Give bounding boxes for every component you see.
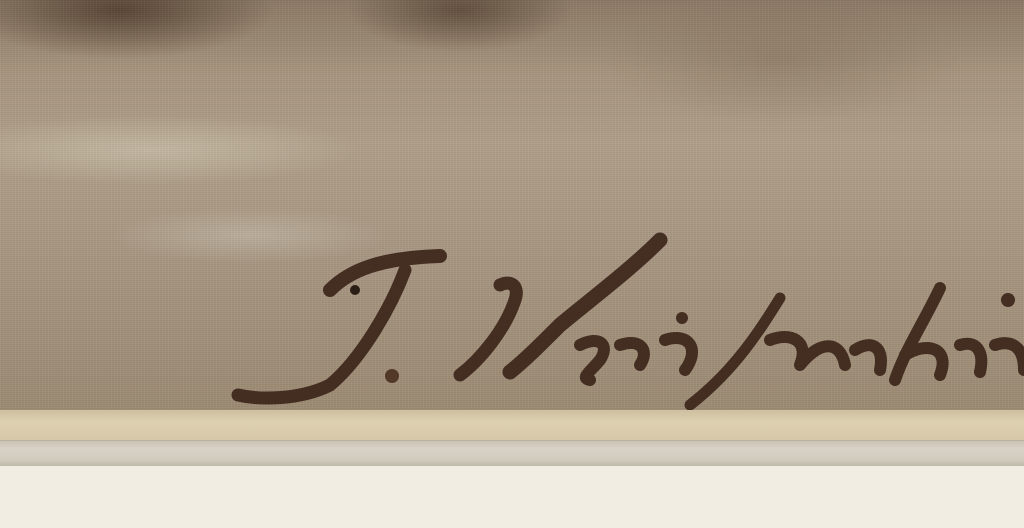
paper-edge [0, 410, 1024, 440]
artwork-photo: J. Weissenbruch [0, 0, 1024, 528]
mount-bevel [0, 440, 1024, 467]
mount-board [0, 466, 1024, 528]
